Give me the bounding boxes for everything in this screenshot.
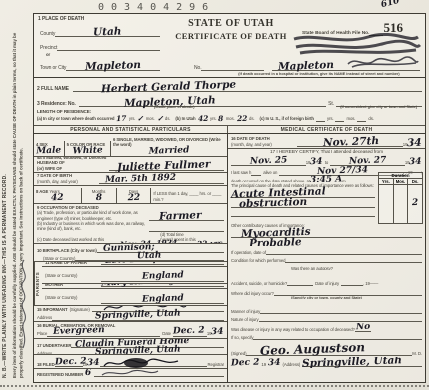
registrar-label: Registrar	[207, 362, 224, 367]
burial-date-value: Dec. 2	[173, 328, 205, 336]
burial-date-label: Date	[162, 331, 171, 336]
burial-year-value: 34	[211, 329, 224, 337]
father-birthplace-sub: (State or Country)	[45, 273, 77, 278]
age-less-label: If LESS than 1 day, ____ hrs. or ____ mi…	[153, 191, 225, 202]
if-so-specify-row: If so, specify	[228, 333, 425, 341]
duration-ds-label: Ds.	[408, 179, 422, 184]
age-days-field: Days 22	[117, 188, 152, 203]
attended-from-year: 34	[310, 158, 323, 166]
informant-address-value: Springville, Utah	[95, 311, 181, 321]
father-name-label: 11 NAME OF FATHER	[45, 262, 101, 265]
signature-year: 34	[268, 360, 281, 368]
town-label: Town or City	[40, 65, 66, 71]
personal-particulars-column: 4 SEX Male 5 COLOR OR RACE White 6 SINGL…	[34, 134, 228, 383]
signature-date-address-row: Dec 2 19 34 (Address) Springville, Utah	[228, 357, 425, 368]
street-value: Mapleton	[278, 61, 334, 71]
county-label: County	[40, 31, 55, 37]
section-bar: PERSONAL AND STATISTICAL PARTICULARS MED…	[34, 125, 425, 134]
duration-mos-label: Mos.	[394, 179, 409, 184]
filed-year-value: 34	[87, 360, 100, 368]
burial-place-value: Evergreen	[53, 327, 105, 336]
crossed-out-scribble	[290, 31, 422, 57]
cause-line-2: obstruction	[239, 198, 307, 209]
last-saw-mid: alive on	[263, 170, 277, 175]
signature-date: Dec 2	[231, 360, 260, 368]
signature-address-label: (Address)	[283, 362, 301, 367]
occupation-a-value: Farmer	[159, 211, 202, 221]
length-b-years: 42	[197, 115, 208, 121]
length-of-residence-row: LENGTH OF RESIDENCE: (a) In city or town…	[34, 108, 425, 125]
or-label: or	[46, 52, 50, 57]
registered-number-label: REGISTERED NUMBER	[37, 372, 83, 377]
attended-to-year: 34	[409, 158, 422, 166]
length-label: LENGTH OF RESIDENCE:	[37, 109, 422, 115]
certificate-title: CERTIFICATE OF DEATH	[162, 31, 300, 41]
mother-birthplace-sub: (State or Country)	[45, 295, 77, 300]
injury-year-label: , 19——	[363, 281, 378, 286]
full-name-label: 2 FULL NAME	[37, 86, 69, 92]
birthplace-row: 10 BIRTHPLACE (City or town) Gunnison; (…	[34, 243, 227, 261]
county-field: County Utah	[40, 25, 160, 37]
mother-birthplace-value: England	[141, 295, 183, 304]
length-a-years: 17	[116, 115, 127, 121]
age-label: 8 AGE	[36, 189, 48, 194]
race-value: White	[66, 147, 108, 156]
condition-label: Condition for which performed	[231, 258, 285, 263]
yrs-label: yrs.	[129, 116, 136, 121]
residence-row: 3 Residence: No. Mapleton, Utah St. (Usu…	[34, 93, 425, 108]
abode-note: (Usual place of abode)	[154, 105, 195, 109]
occupation-a-label: (a) Trade, profession, or particular kin…	[37, 210, 149, 221]
father-birthplace-row: 12 BIRTHPLACE OF FATHER(State or Country…	[42, 266, 227, 283]
precinct-field: Precinct	[40, 41, 160, 51]
medical-certificate-column: Duration Yrs. Mos. Ds. 2 16 DATE OF DEAT…	[228, 134, 425, 383]
mother-birthplace-row: 14 BIRTHPLACE OF MOTHER(State or Country…	[42, 288, 227, 305]
length-b-label: (b) In Utah	[175, 116, 195, 121]
physician-signature: Geo. Augustson	[260, 344, 365, 357]
no-label: No.	[194, 65, 201, 71]
filed-date-value: Dec. 2	[54, 358, 86, 366]
informant-row: 15 INFORMANT (Signature) Address Springv…	[34, 305, 227, 321]
town-field: Town or City Mapleton	[40, 58, 160, 71]
specify-row: Specify whether injury occurred in indus…	[228, 299, 425, 307]
external-causes-row: If death was due to external causes (vio…	[228, 270, 425, 278]
margin-scribble	[16, 258, 32, 350]
to-label: to	[325, 160, 328, 165]
form-header: 1 PLACE OF DEATH County Utah Precinct or…	[34, 14, 425, 78]
length-a-days: ✓	[157, 115, 164, 121]
duration-box: Duration Yrs. Mos. Ds. 2	[378, 172, 423, 224]
operation-block: If operation, date of Condition for whic…	[228, 246, 425, 270]
mos-label: mos.	[346, 116, 355, 121]
spouse-row: 5a If Married, Widowed, or Divorced HUSB…	[34, 156, 227, 172]
dob-sub-label: (month, day, and year)	[37, 179, 99, 184]
occupation-d-value: 22 yrs.	[197, 240, 225, 243]
margin-note-primary: N. B.—WRITE PLAINLY WITH UNFADING INK—TH…	[2, 16, 8, 378]
manner-label: Manner of injury	[231, 309, 260, 314]
length-a-label: (a) In city or town where death occurred	[37, 116, 114, 121]
nature-row: Nature of injury	[228, 315, 425, 323]
ds-label: ds.	[249, 116, 254, 121]
registered-number-row: REGISTERED NUMBER 6	[34, 368, 227, 378]
duration-yrs-label: Yrs.	[379, 179, 394, 184]
attended-from-value: Nov. 25	[250, 157, 288, 165]
nonresident-note: (If nonresident give city or town and St…	[340, 105, 417, 109]
length-b-days: 22	[237, 115, 248, 121]
informant-address-label: Address	[37, 315, 52, 320]
street-field: Mapleton	[272, 58, 420, 71]
undertaker-address-value: Springville, Utah	[95, 347, 181, 354]
place-of-death-label: 1 PLACE OF DEATH	[38, 16, 84, 22]
sex-value: Male	[36, 147, 62, 155]
mother-name-label: 13 MAIDEN NAME OF MOTHER	[45, 283, 101, 288]
filed-label: 18 FILED	[37, 362, 55, 367]
date-of-death-value: Nov. 27th	[323, 137, 379, 147]
signature-address: Springville, Utah	[302, 357, 402, 368]
dob-value: Mar. 5th 1892	[105, 175, 176, 185]
mos-label: mos.	[146, 116, 155, 121]
marital-field: 6 SINGLE, MARRIED, WIDOWED, OR DIVORCED …	[111, 136, 227, 156]
undertaker-row: 17 UNDERTAKER Claudin Funeral Home Addre…	[34, 338, 227, 354]
certificate-number-field: No.	[194, 60, 264, 71]
age-row: 8 AGE Years 42 Months 8 Days 22 If LESS …	[34, 185, 227, 203]
related-occupation-label: Was disease or injury in any way related…	[231, 327, 355, 332]
manner-row: Manner of injury	[228, 307, 425, 315]
operation-label: If operation, date of	[231, 250, 266, 255]
contributory-block: Other contributory causes of importance:…	[228, 222, 425, 246]
md-label: M. D.	[412, 351, 422, 356]
date-of-death-sub: (month, day, and year)	[231, 142, 297, 147]
mos-label: mos.	[226, 116, 235, 121]
mother-name-value: Mary Ruth Taylor	[101, 283, 189, 288]
year-printed: 19	[261, 362, 266, 367]
duration-value: 2	[412, 200, 419, 207]
parents-block: PARENTS 11 NAME OF FATHER Levi Thorpe 12…	[34, 261, 227, 305]
st-label: St.	[328, 101, 334, 107]
full-name-row: 2 FULL NAME Herbert Gerald Thorpe	[34, 78, 425, 93]
age-months-value: 8	[83, 194, 113, 202]
wife-of-label: (or) WIFE OF	[37, 166, 109, 171]
full-name-value: Herbert Gerald Thorpe	[101, 80, 236, 93]
burial-place-label: Place	[37, 331, 47, 336]
serial-number-stamp: 003404296	[98, 2, 215, 13]
occupation-c-value: Nov. 24, 1934	[120, 240, 177, 243]
injury-date-label: Date of injury	[315, 281, 339, 286]
where-injury-label: Where did injury occur?	[231, 291, 274, 296]
sex-race-marital-row: 4 SEX Male 5 COLOR OR RACE White 6 SINGL…	[34, 134, 227, 156]
residence-label: 3 Residence: No.	[37, 101, 76, 107]
scanned-death-certificate: 003404296 610 N. B.—WRITE PLAINLY WITH U…	[0, 0, 429, 390]
signed-label: (Signed)	[231, 351, 246, 356]
age-years-value: 42	[36, 194, 79, 203]
yrs-label: yrs.	[327, 116, 334, 121]
spouse-value: Juliette Fullmer	[117, 160, 211, 172]
father-birthplace-value: England	[141, 273, 183, 282]
filed-row: 18 FILED Dec. 2 19 34 Registrar	[34, 354, 227, 368]
precinct-label: Precinct	[40, 45, 57, 51]
length-c-label: (c) In U. S., if of foreign birth	[259, 116, 313, 121]
ds-label: ds.	[165, 116, 170, 121]
registered-number-value: 6	[85, 370, 92, 377]
occupation-row: 9 OCCUPATION OF DECEASED (a) Trade, prof…	[34, 203, 227, 243]
if-so-specify-label: If so, specify	[231, 335, 253, 340]
certificate-form: 1 PLACE OF DEATH County Utah Precinct or…	[33, 13, 426, 383]
contributory-line-2: Probable	[249, 238, 302, 246]
date-of-death-year: 34	[407, 138, 422, 147]
age-months-field: Months 8	[82, 188, 117, 203]
age-days-value: 22	[118, 194, 148, 202]
related-occupation-value: No	[356, 324, 370, 332]
ds-label: ds.	[368, 116, 373, 121]
yrs-label: yrs.	[210, 116, 217, 121]
nature-label: Nature of injury	[231, 317, 259, 322]
last-saw-pre: I last saw h	[231, 170, 251, 175]
length-b-months: 8	[218, 115, 223, 121]
medical-section-title: MEDICAL CERTIFICATE OF DEATH	[228, 126, 425, 133]
accident-row: Accident, suicide, or homicide? Date of …	[228, 278, 425, 287]
date-of-birth-row: 7 DATE OF BIRTH (month, day, and year) M…	[34, 172, 227, 185]
registrar-signature-scribble	[102, 356, 180, 368]
physician-signature-row: (Signed) Geo. Augustson M. D.	[228, 341, 425, 357]
registered-number-scribble	[100, 368, 160, 378]
where-injury-row: Where did injury occur? (Specify city or…	[228, 287, 425, 299]
birthplace-state-value: Utah	[137, 253, 162, 261]
parents-label: PARENTS	[34, 262, 42, 305]
street-note: (If death occurred in a hospital or inst…	[216, 72, 422, 76]
county-value: Utah	[93, 27, 122, 36]
death-time-value: 3:45 A	[310, 176, 342, 182]
state-title: STATE OF UTAH	[162, 18, 300, 29]
date-of-death-row: 16 DATE OF DEATH (month, day, and year) …	[228, 134, 425, 148]
related-occupation-row: Was disease or injury in any way related…	[228, 323, 425, 333]
accident-label: Accident, suicide, or homicide?	[231, 281, 287, 286]
occupation-b-label: (b) Industry or business in which work w…	[37, 221, 149, 232]
burial-row: 16 BURIAL, CREMATION, OR REMOVAL Place E…	[34, 321, 227, 338]
race-field: 5 COLOR OR RACE White	[65, 141, 111, 156]
sex-field: 4 SEX Male	[34, 141, 65, 156]
penciled-number: 610	[380, 0, 400, 9]
age-years-field: 8 AGE Years 42	[34, 188, 82, 203]
age-less-field: If LESS than 1 day, ____ hrs. or ____ mi…	[151, 190, 227, 203]
length-a-months: ✓	[137, 115, 144, 121]
title-block: STATE OF UTAH CERTIFICATE OF DEATH	[162, 18, 300, 41]
town-value: Mapleton	[85, 61, 141, 71]
personal-section-title: PERSONAL AND STATISTICAL PARTICULARS	[34, 126, 228, 133]
father-name-value: Levi Thorpe	[105, 262, 165, 265]
